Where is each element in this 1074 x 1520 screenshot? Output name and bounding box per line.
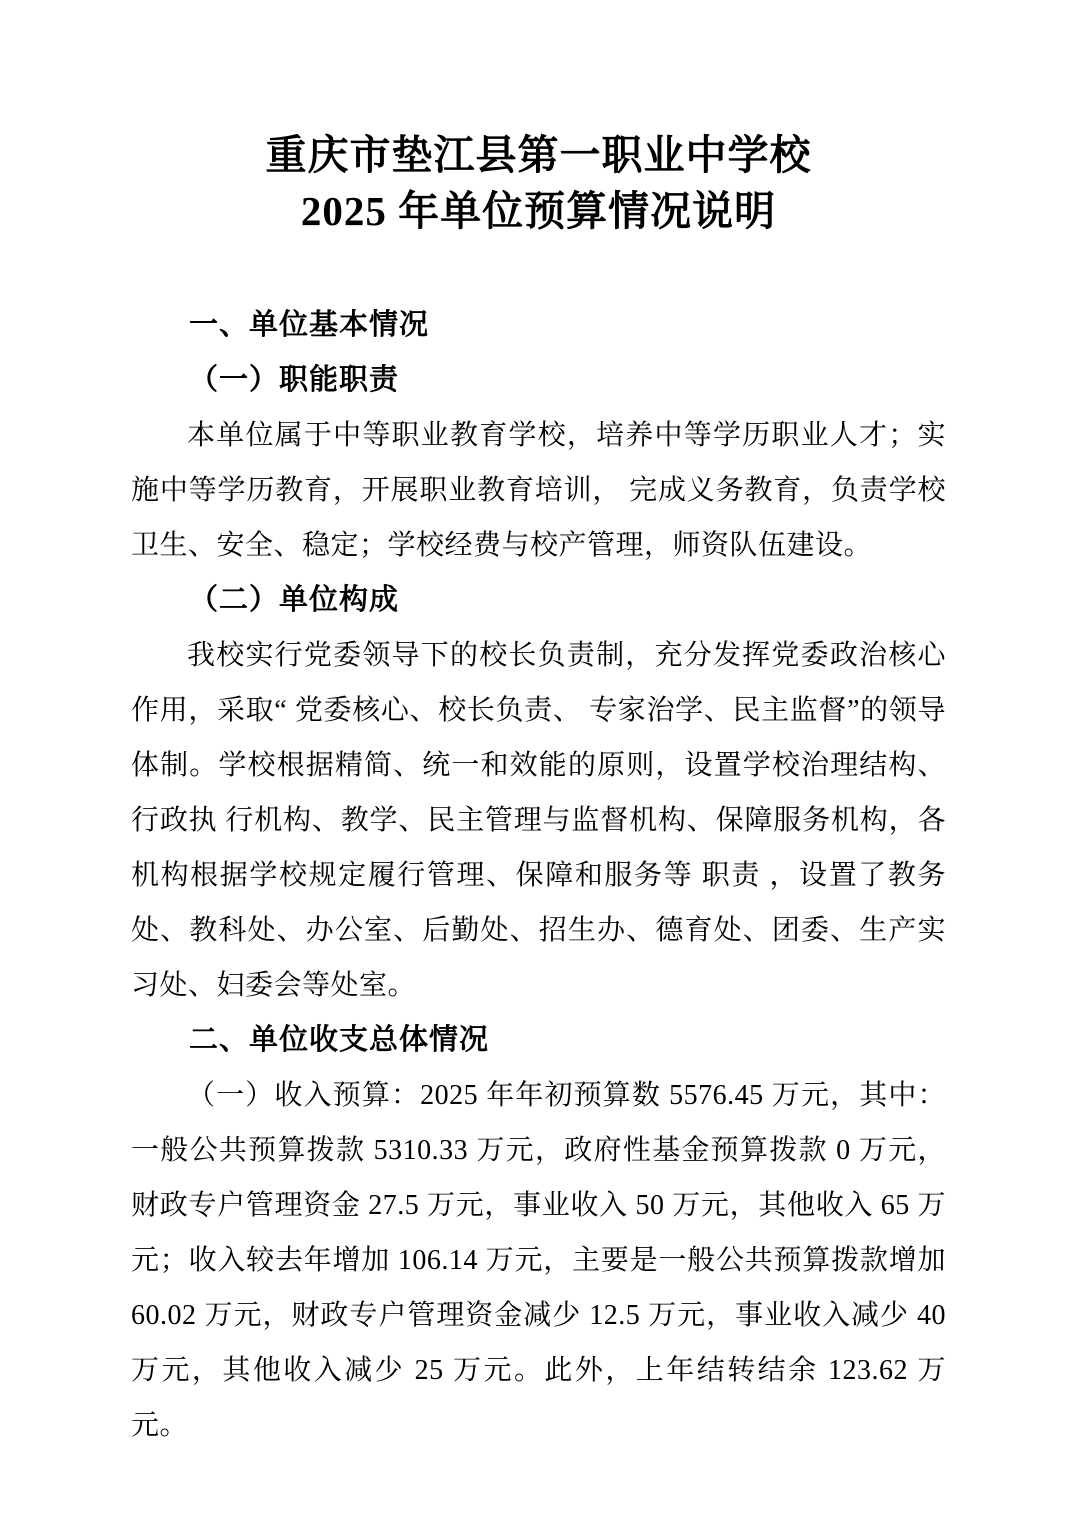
subheading-1-2: （二）单位构成 (131, 573, 946, 628)
document-title: 重庆市垫江县第一职业中学校 2025 年单位预算情况说明 (131, 127, 946, 239)
paragraph-revenue-budget: （一）收入预算：2025 年年初预算数 5576.45 万元，其中：一般公共预算… (131, 1068, 946, 1453)
section-heading-1: 一、单位基本情况 (131, 298, 946, 353)
paragraph-organization: 我校实行党委领导下的校长负责制，充分发挥党委政治核心作用，采取“ 党委核心、校长… (131, 628, 946, 1013)
subheading-1-1: （一）职能职责 (131, 353, 946, 408)
section-heading-2: 二、单位收支总体情况 (131, 1013, 946, 1068)
paragraph-duties: 本单位属于中等职业教育学校，培养中等学历职业人才；实施中等学历教育，开展职业教育… (131, 408, 946, 573)
document-content: 重庆市垫江县第一职业中学校 2025 年单位预算情况说明 一、单位基本情况 （一… (0, 127, 1074, 1453)
document-page: 重庆市垫江县第一职业中学校 2025 年单位预算情况说明 一、单位基本情况 （一… (0, 0, 1074, 1520)
document-title-line-1: 重庆市垫江县第一职业中学校 (131, 127, 946, 183)
document-title-line-2: 2025 年单位预算情况说明 (131, 183, 946, 239)
